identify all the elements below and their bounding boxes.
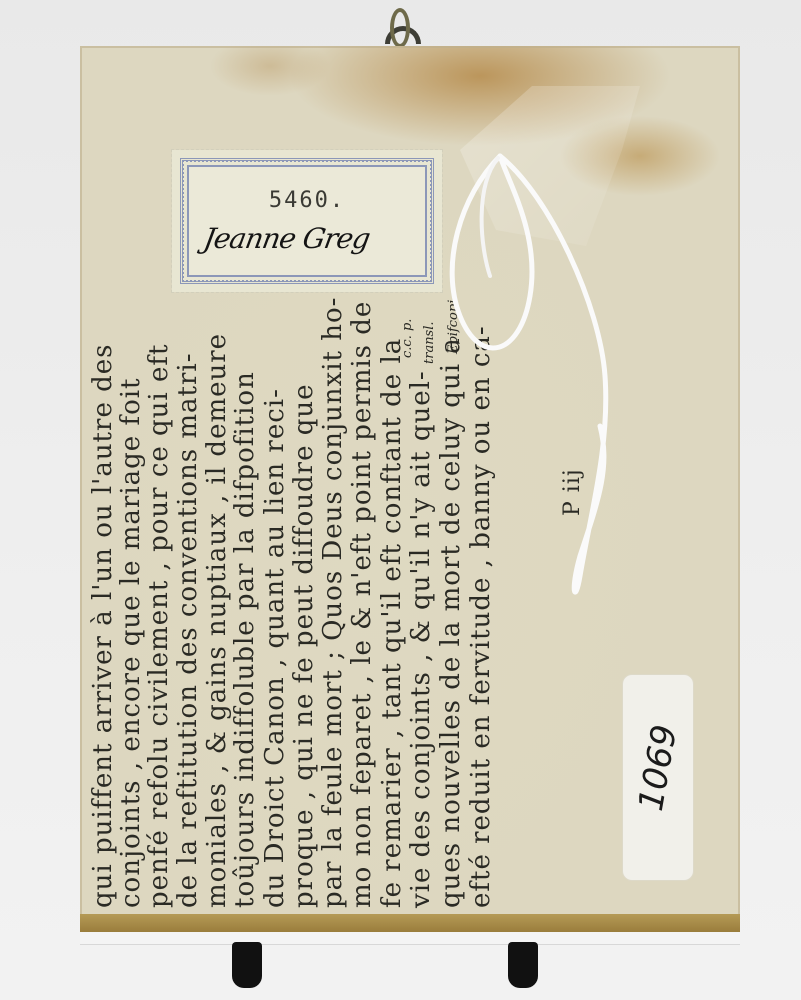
stand-foot-left — [232, 942, 262, 988]
board-base — [80, 932, 740, 945]
stand-foot-right — [508, 942, 538, 988]
frame-back-board: qui puiffent arriver à l'un ou l'autre d… — [80, 46, 740, 916]
hanging-ring-icon — [390, 8, 410, 48]
board-edge — [80, 914, 740, 932]
string-icon — [80, 46, 740, 916]
